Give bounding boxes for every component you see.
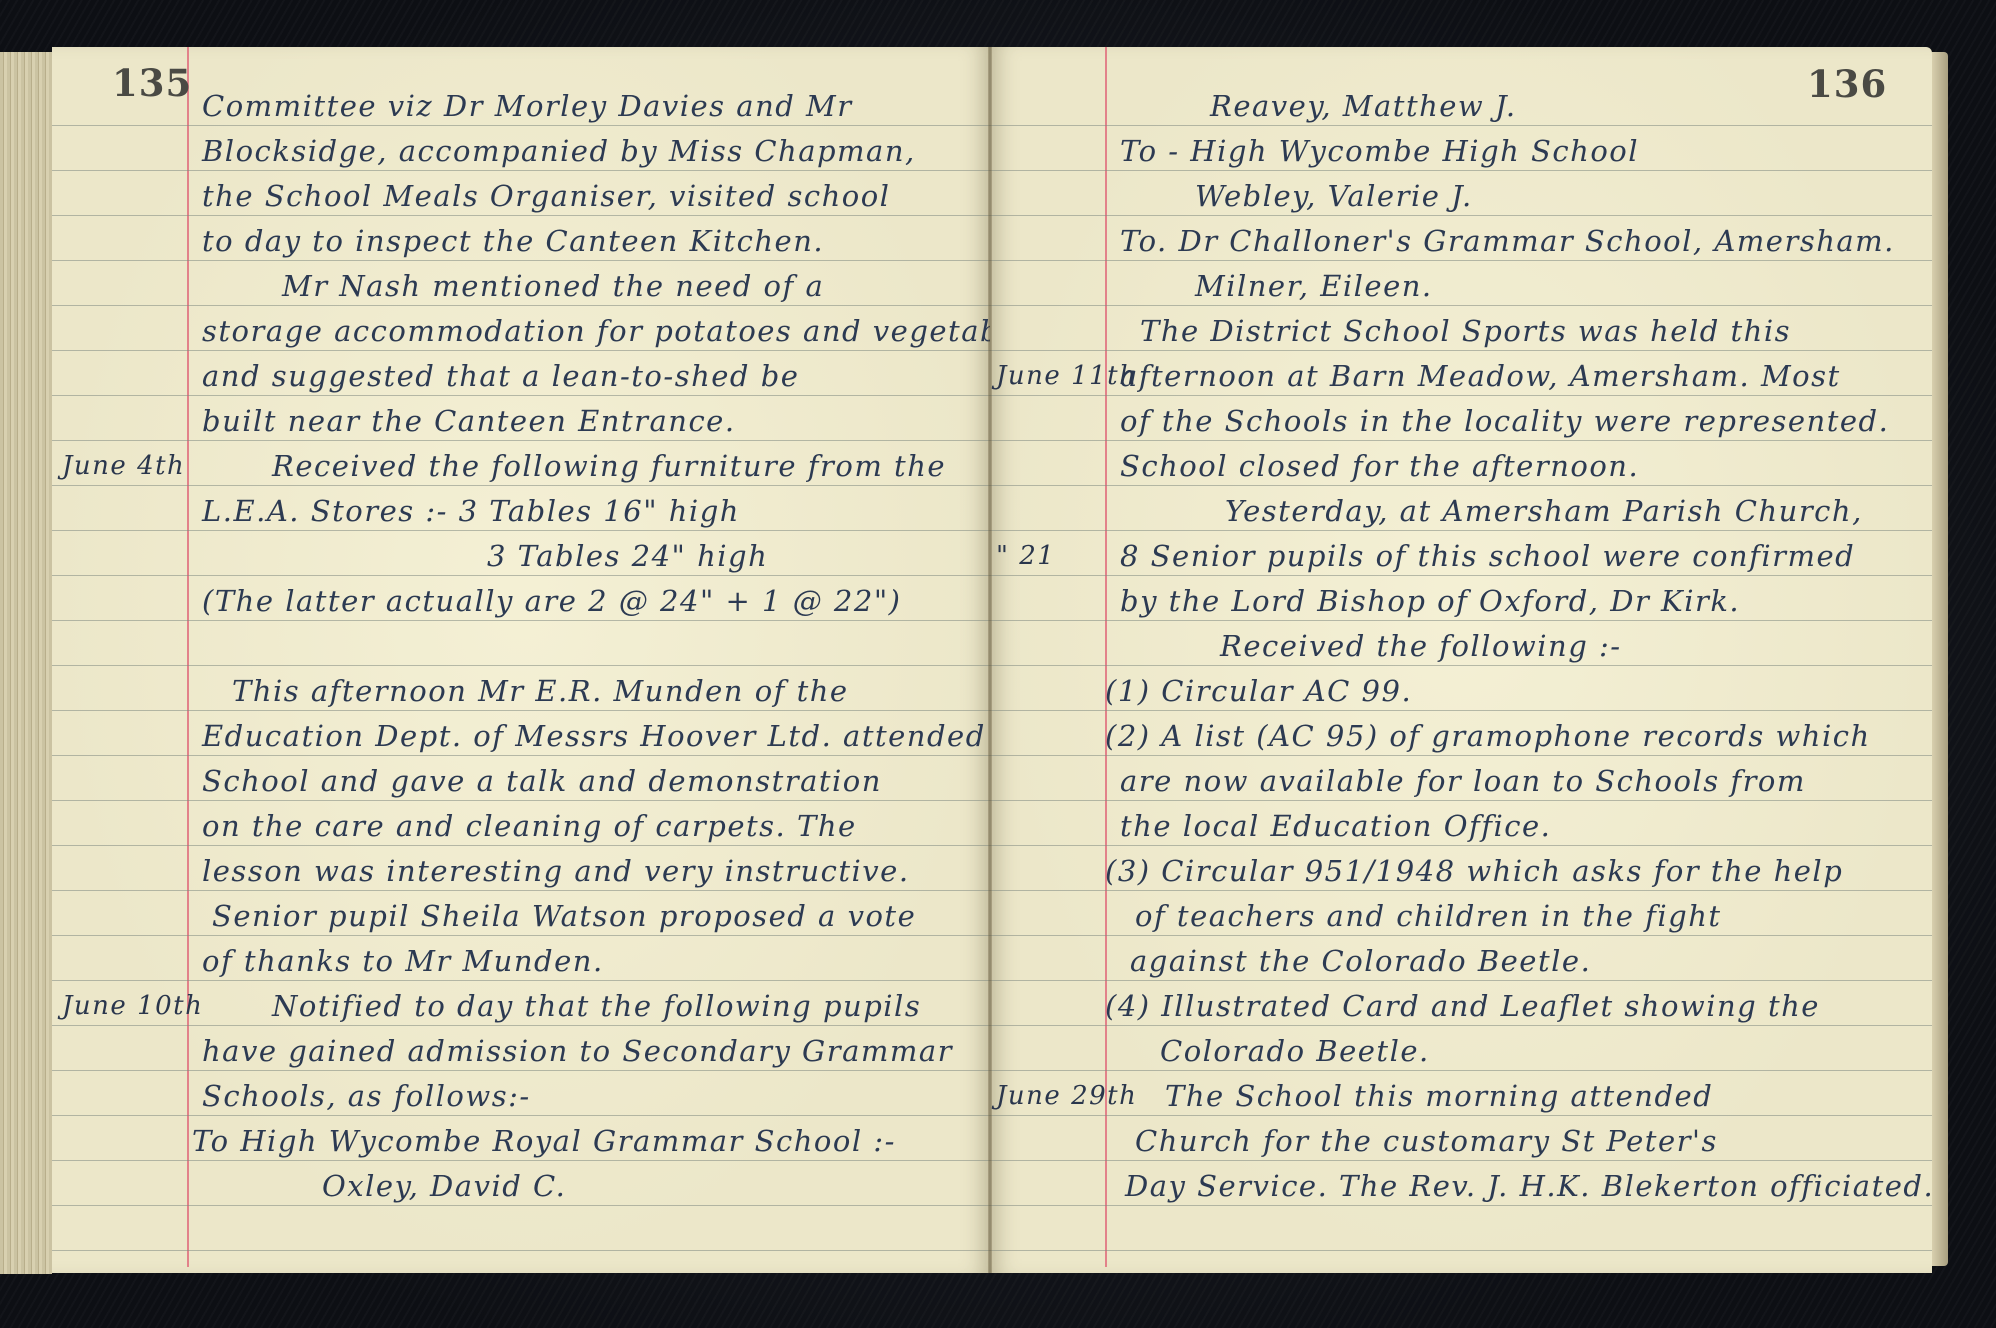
ruled-line: [52, 575, 990, 576]
handwritten-line: Blocksidge, accompanied by Miss Chapman,: [202, 134, 916, 168]
handwritten-line: Oxley, David C.: [322, 1169, 566, 1203]
ruled-line: [52, 800, 990, 801]
ruled-line: [52, 710, 990, 711]
book-spine: [988, 47, 992, 1273]
ruled-line: [52, 935, 990, 936]
handwritten-line: of thanks to Mr Munden.: [202, 944, 604, 978]
margin-date-note: " 21: [996, 541, 1055, 571]
handwritten-line: Reavey, Matthew J.: [1210, 89, 1517, 123]
ruled-line: [52, 1115, 990, 1116]
handwritten-line: Day Service. The Rev. J. H.K. Blekerton …: [1125, 1169, 1932, 1203]
ruled-line: [52, 305, 990, 306]
handwritten-line: afternoon at Barn Meadow, Amersham. Most: [1120, 359, 1841, 393]
ruled-line: [990, 800, 1932, 801]
ruled-line: [990, 485, 1932, 486]
ruled-line: [52, 1070, 990, 1071]
handwritten-line: Received the following :-: [1220, 629, 1622, 663]
ruled-line: [990, 395, 1932, 396]
ruled-line: [52, 485, 990, 486]
left-page-margin-line: [187, 47, 189, 1267]
handwritten-line: Church for the customary St Peter's: [1135, 1124, 1718, 1158]
ruled-line: [990, 305, 1932, 306]
ruled-line: [990, 710, 1932, 711]
handwritten-line: To. Dr Challoner's Grammar School, Amers…: [1120, 224, 1895, 258]
ruled-line: [990, 125, 1932, 126]
handwritten-line: the local Education Office.: [1120, 809, 1551, 843]
handwritten-line: (2) A list (AC 95) of gramophone records…: [1105, 719, 1871, 753]
handwritten-line: and suggested that a lean-to-shed be: [202, 359, 799, 393]
handwritten-line: To High Wycombe Royal Grammar School :-: [192, 1124, 896, 1158]
ruled-line: [990, 665, 1932, 666]
handwritten-line: the School Meals Organiser, visited scho…: [202, 179, 890, 213]
handwritten-line: Committee viz Dr Morley Davies and Mr: [202, 89, 853, 123]
page-number-left: 135: [112, 61, 192, 105]
margin-date-note: June 29th: [996, 1081, 1137, 1111]
handwritten-line: of teachers and children in the fight: [1135, 899, 1722, 933]
handwritten-line: To - High Wycombe High School: [1120, 134, 1639, 168]
handwritten-line: built near the Canteen Entrance.: [202, 404, 736, 438]
handwritten-line: Education Dept. of Messrs Hoover Ltd. at…: [202, 719, 986, 753]
handwritten-line: Notified to day that the following pupil…: [272, 989, 921, 1023]
handwritten-line: School and gave a talk and demonstration: [202, 764, 882, 798]
handwritten-line: (4) Illustrated Card and Leaflet showing…: [1105, 989, 1820, 1023]
handwritten-line: to day to inspect the Canteen Kitchen.: [202, 224, 824, 258]
handwritten-line: Webley, Valerie J.: [1195, 179, 1473, 213]
ruled-line: [990, 935, 1932, 936]
ruled-line: [52, 1025, 990, 1026]
handwritten-line: Received the following furniture from th…: [272, 449, 946, 483]
handwritten-line: The School this morning attended: [1165, 1079, 1713, 1113]
ruled-line: [990, 260, 1932, 261]
handwritten-line: 8 Senior pupils of this school were conf…: [1120, 539, 1855, 573]
handwritten-line: Schools, as follows:-: [202, 1079, 531, 1113]
handwritten-line: by the Lord Bishop of Oxford, Dr Kirk.: [1120, 584, 1740, 618]
ruled-line: [52, 170, 990, 171]
margin-date-note: June 4th: [62, 451, 185, 481]
ruled-line: [52, 755, 990, 756]
handwritten-line: are now available for loan to Schools fr…: [1120, 764, 1806, 798]
ruled-line: [990, 1160, 1932, 1161]
ruled-line: [52, 395, 990, 396]
page-edge-stack-left: [0, 52, 52, 1274]
ruled-line: [990, 530, 1932, 531]
handwritten-line: have gained admission to Secondary Gramm…: [202, 1034, 953, 1068]
ruled-line: [990, 440, 1932, 441]
ruled-line: [990, 350, 1932, 351]
ruled-line: [52, 620, 990, 621]
page-number-right: 136: [1807, 62, 1887, 106]
ruled-line: [990, 575, 1932, 576]
ruled-line: [990, 755, 1932, 756]
ruled-line: [52, 1205, 990, 1206]
ruled-line: [52, 980, 990, 981]
handwritten-line: Milner, Eileen.: [1195, 269, 1433, 303]
ruled-line: [52, 890, 990, 891]
handwritten-line: (The latter actually are 2 @ 24" + 1 @ 2…: [202, 584, 901, 618]
handwritten-line: on the care and cleaning of carpets. The: [202, 809, 857, 843]
handwritten-line: Colorado Beetle.: [1160, 1034, 1430, 1068]
handwritten-line: Mr Nash mentioned the need of a: [282, 269, 824, 303]
ruled-line: [52, 530, 990, 531]
ruled-line: [52, 1250, 990, 1251]
ruled-line: [990, 170, 1932, 171]
ruled-line: [990, 1205, 1932, 1206]
handwritten-line: (3) Circular 951/1948 which asks for the…: [1105, 854, 1843, 888]
ruled-line: [990, 620, 1932, 621]
margin-date-note: June 10th: [62, 991, 203, 1021]
ruled-line: [990, 890, 1932, 891]
handwritten-line: against the Colorado Beetle.: [1130, 944, 1591, 978]
margin-date-note: June 11th: [996, 361, 1137, 391]
ruled-line: [990, 1025, 1932, 1026]
ruled-line: [52, 350, 990, 351]
ruled-line: [52, 440, 990, 441]
ruled-line: [52, 665, 990, 666]
ruled-line: [990, 845, 1932, 846]
handwritten-line: of the Schools in the locality were repr…: [1120, 404, 1889, 438]
left-page: 135 Committee viz Dr Morley Davies and M…: [52, 47, 990, 1273]
ruled-line: [990, 980, 1932, 981]
handwritten-line: Senior pupil Sheila Watson proposed a vo…: [212, 899, 916, 933]
handwritten-line: The District School Sports was held this: [1140, 314, 1791, 348]
ruled-line: [52, 1160, 990, 1161]
handwritten-line: 3 Tables 24" high: [487, 539, 768, 573]
handwritten-line: storage accommodation for potatoes and v…: [202, 314, 990, 348]
ruled-line: [52, 260, 990, 261]
ruled-line: [52, 125, 990, 126]
handwritten-line: This afternoon Mr E.R. Munden of the: [232, 674, 849, 708]
ruled-line: [990, 215, 1932, 216]
right-page: 136 Reavey, Matthew J.To - High Wycombe …: [990, 47, 1932, 1273]
ruled-line: [990, 1115, 1932, 1116]
handwritten-line: School closed for the afternoon.: [1120, 449, 1639, 483]
page-edge-stack-right: [1932, 52, 1948, 1266]
ruled-line: [52, 215, 990, 216]
handwritten-line: L.E.A. Stores :- 3 Tables 16" high: [202, 494, 740, 528]
handwritten-line: Yesterday, at Amersham Parish Church,: [1225, 494, 1863, 528]
ruled-line: [990, 1070, 1932, 1071]
ruled-line: [990, 1250, 1932, 1251]
handwritten-line: lesson was interesting and very instruct…: [202, 854, 910, 888]
handwritten-line: (1) Circular AC 99.: [1105, 674, 1412, 708]
ruled-line: [52, 845, 990, 846]
